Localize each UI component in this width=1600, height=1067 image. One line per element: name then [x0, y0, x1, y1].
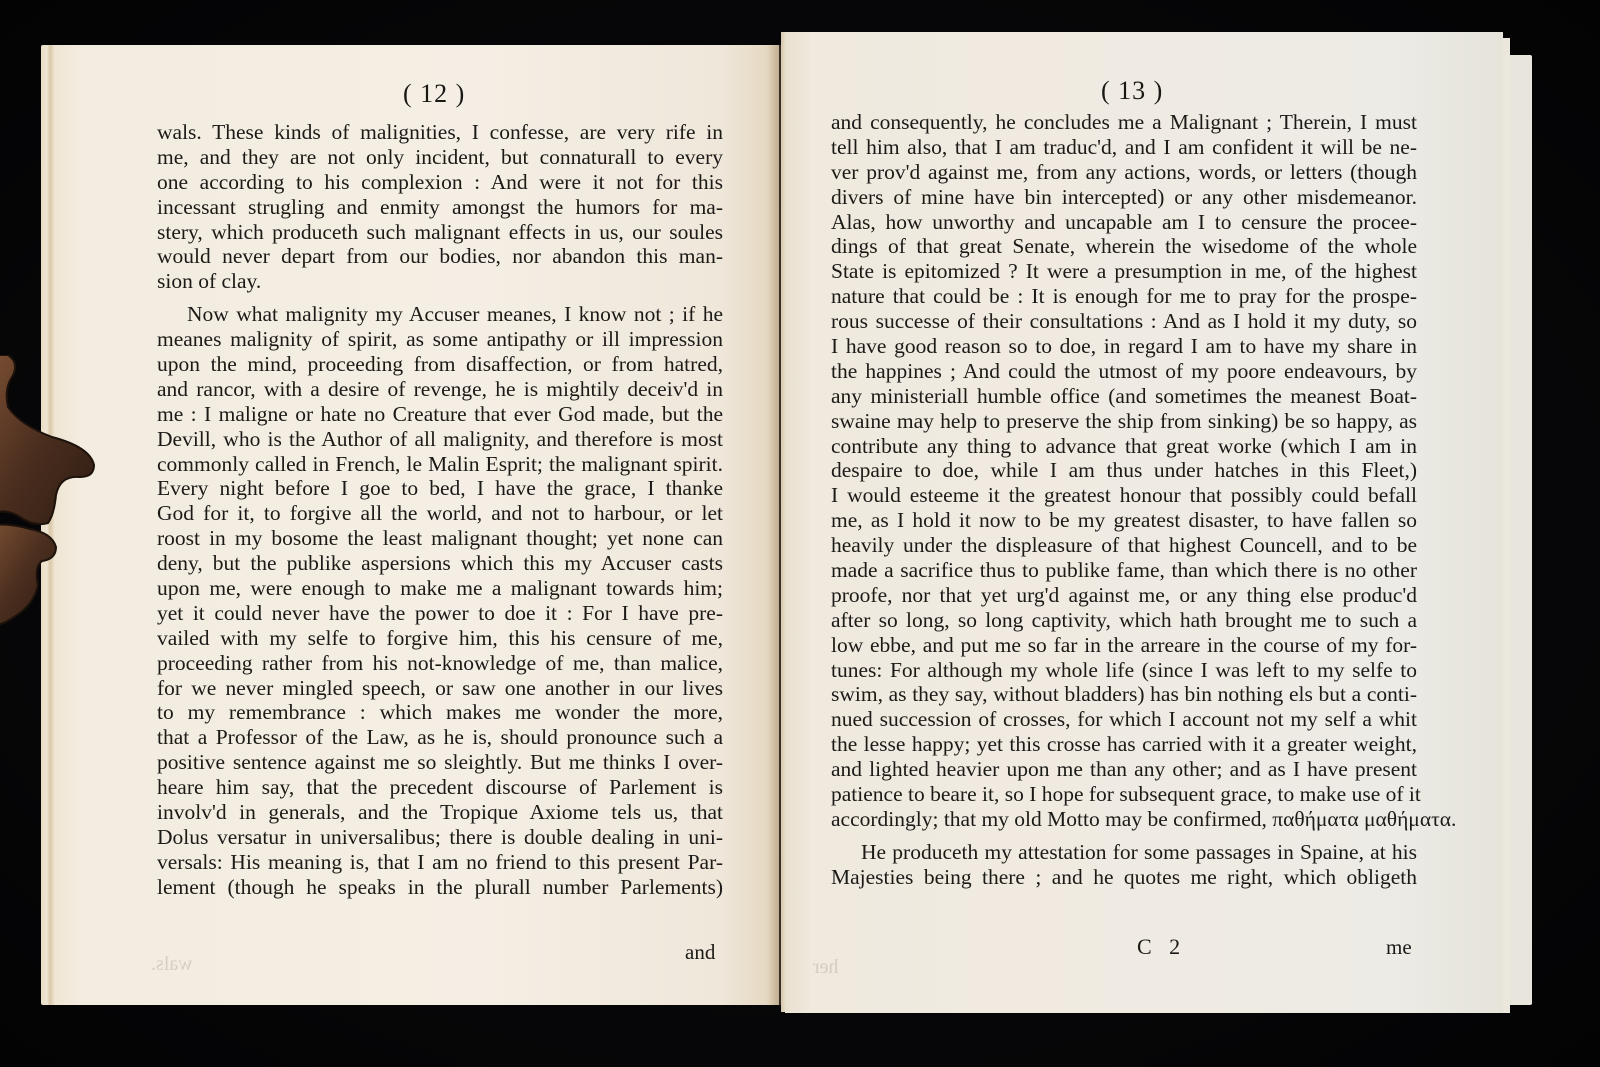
- text-line: involv'd in generals, and the Tropique A…: [157, 800, 723, 825]
- text-line: nued succession of crosses, for which I …: [831, 707, 1417, 732]
- catchword: me: [1386, 935, 1412, 960]
- text-line: incessant strugling and enmity amongst t…: [157, 195, 723, 220]
- text-line: heare him say, that the precedent discou…: [157, 775, 723, 800]
- text-line: upon me, were enough to make me a malign…: [157, 576, 723, 601]
- text-line: He produceth my attestation for some pas…: [831, 840, 1417, 865]
- text-line: sion of clay.: [157, 269, 723, 294]
- text-line: deny, but the publike aspersions which t…: [157, 551, 723, 576]
- text-line: divers of mine have bin intercepted) or …: [831, 185, 1417, 210]
- text-line: vailed with my selfe to forgive him, thi…: [157, 626, 723, 651]
- text-line: wals. These kinds of malignities, I conf…: [157, 120, 723, 145]
- text-line: tunes: For although my whole life (since…: [831, 658, 1417, 683]
- text-line: one according to his complexion : And we…: [157, 170, 723, 195]
- text-line: contribute any thing to advance that gre…: [831, 434, 1417, 459]
- text-line: me, as I hold it now to be my greatest d…: [831, 508, 1417, 533]
- text-line: roost in my bosome the least malignant t…: [157, 526, 723, 551]
- left-page: wals. ( 12 ) wals. These kinds of malign…: [41, 45, 779, 1005]
- text-line: the happines ; And could the utmost of m…: [831, 359, 1417, 384]
- text-line: tell him also, that I am traduc'd, and I…: [831, 135, 1417, 160]
- text-line: any ministeriall humble office (and some…: [831, 384, 1417, 409]
- text-line: lement (though he speaks in the plurall …: [157, 875, 723, 900]
- text-line: would never depart from our bodies, nor …: [157, 244, 723, 269]
- text-line: and lighted heavier upon me than any oth…: [831, 757, 1417, 782]
- show-through-text: wals.: [151, 953, 193, 976]
- text-line: God for it, to forgive all the world, an…: [157, 501, 723, 526]
- right-page-body: and consequently, he concludes me a Mali…: [831, 110, 1417, 890]
- text-line: positive sentence against me so sleightl…: [157, 750, 723, 775]
- text-line: me : I maligne or hate no Creature that …: [157, 402, 723, 427]
- text-line: that a Professor of the Law, as he is, s…: [157, 725, 723, 750]
- text-line: upon the mind, proceeding from disaffect…: [157, 352, 723, 377]
- catchword: and: [685, 940, 715, 965]
- page-number: ( 12 ): [403, 79, 465, 109]
- text-line: Dolus versatur in universalibus; there i…: [157, 825, 723, 850]
- text-line: I have good reason so to doe, in regard …: [831, 334, 1417, 359]
- text-line: to my remembrance : which makes me wonde…: [157, 700, 723, 725]
- text-line: yet it could never have the power to doe…: [157, 601, 723, 626]
- right-page: her ( 13 ) and consequently, he conclude…: [781, 32, 1503, 1012]
- text-line: Now what malignity my Accuser meanes, I …: [157, 302, 723, 327]
- text-line: and rancor, with a desire of revenge, he…: [157, 377, 723, 402]
- text-line: swim, as they say, without bladders) has…: [831, 682, 1417, 707]
- text-line: nature that could be : It is enough for …: [831, 284, 1417, 309]
- text-line: rous successe of their consultations : A…: [831, 309, 1417, 334]
- text-line: I would esteeme it the greatest honour t…: [831, 483, 1417, 508]
- metal-clasp-icon: [0, 355, 100, 645]
- text-line: dings of that great Senate, wherein the …: [831, 234, 1417, 259]
- text-line: after so long, so long captivity, which …: [831, 608, 1417, 633]
- text-line: meanes malignity of spirit, as some anti…: [157, 327, 723, 352]
- text-line: stery, which produceth such malignant ef…: [157, 220, 723, 245]
- text-line: for we never mingled speech, or saw one …: [157, 676, 723, 701]
- text-line: ver prov'd against me, from any actions,…: [831, 160, 1417, 185]
- left-page-body: wals. These kinds of malignities, I conf…: [157, 120, 723, 900]
- text-line: low ebbe, and put me so far in the arrea…: [831, 633, 1417, 658]
- text-line: State is epitomized ? It were a presumpt…: [831, 259, 1417, 284]
- text-line: Alas, how unworthy and uncapable am I to…: [831, 210, 1417, 235]
- text-line: despaire to doe, while I am thus under h…: [831, 458, 1417, 483]
- text-line: Majesties being there ; and he quotes me…: [831, 865, 1417, 890]
- signature-mark: C 2: [1137, 934, 1186, 960]
- text-line: Every night before I goe to bed, I have …: [157, 476, 723, 501]
- text-line: proofe, nor that yet urg'd against me, o…: [831, 583, 1417, 608]
- page-number: ( 13 ): [1101, 76, 1163, 106]
- text-line: and consequently, he concludes me a Mali…: [831, 110, 1417, 135]
- text-line: accordingly; that my old Motto may be co…: [831, 807, 1417, 832]
- text-line: made a sacrifice thus to publike fame, t…: [831, 558, 1417, 583]
- text-line: versals: His meaning is, that I am no fr…: [157, 850, 723, 875]
- text-line: me, and they are not only incident, but …: [157, 145, 723, 170]
- text-line: swaine may help to preserve the ship fro…: [831, 409, 1417, 434]
- text-line: proceeding rather from his not-knowledge…: [157, 651, 723, 676]
- text-line: heavily under the displeasure of that hi…: [831, 533, 1417, 558]
- text-line: Devill, who is the Author of all maligni…: [157, 427, 723, 452]
- text-line: the lesse happy; yet this crosse has car…: [831, 732, 1417, 757]
- text-line: commonly called in French, le Malin Espr…: [157, 452, 723, 477]
- text-line: patience to beare it, so I hope for subs…: [831, 782, 1417, 807]
- show-through-text: her: [813, 956, 839, 979]
- book-spread-photo: wals. ( 12 ) wals. These kinds of malign…: [0, 0, 1600, 1067]
